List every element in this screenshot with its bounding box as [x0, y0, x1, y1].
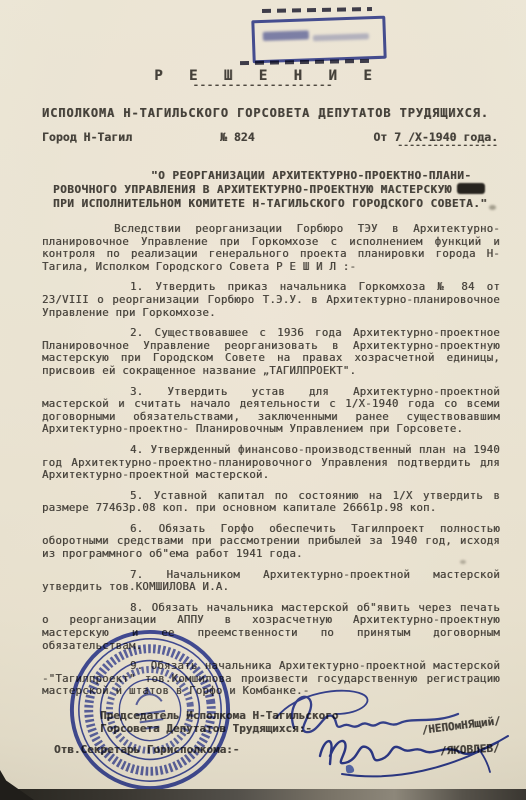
decree-item-4: 4. Утвержденный финансово-производственн… [42, 444, 500, 482]
decree-item-6: 6. Обязать Горфо обеспечить Тагилпроект … [42, 523, 500, 561]
preamble-paragraph: Вследствии реорганизации Горбюро ТЭУ в А… [42, 223, 500, 273]
stamp-ink-smudge [263, 30, 309, 41]
document-number: № 824 [220, 130, 360, 151]
scanned-document-page: Р Е Ш Е Н И Е -------------------- ИСПОЛ… [0, 0, 526, 800]
document-meta-row: Город Н-Тагил № 824 От 7 /Х-1940 года. -… [42, 130, 498, 151]
ink-dash-marks-top [262, 7, 372, 13]
decree-item-7: 7. Начальником Архитектурно-проектной ма… [42, 569, 500, 594]
round-official-seal [55, 615, 245, 800]
issuing-body-line: ИСПОЛКОМА Н-ТАГИЛЬСКОГО ГОРСОВЕТА ДЕПУТА… [42, 106, 526, 120]
subject-title: "О РЕОРГАНИЗАЦИИ АРХИТЕКТУРНО-ПРОЕКТНО-П… [53, 169, 506, 211]
decree-item-5: 5. Уставной капитал по состоянию на 1/Х … [42, 490, 500, 515]
stamp-ink-smudge [313, 33, 369, 41]
heading-underline: -------------------- [0, 80, 526, 91]
subject-title-line2: РОВОЧНОГО УПРАВЛЕНИЯ В АРХИТЕКТУРНО-ПРОЕ… [53, 183, 506, 197]
ink-blot [346, 765, 354, 774]
city-label: Город Н-Тагил [42, 130, 220, 151]
rectangular-registration-stamp [251, 16, 386, 64]
subject-title-line3: ПРИ ИСПОЛНИТЕЛЬНОМ КОМИТЕТЕ Н-ТАГИЛЬСКОГ… [53, 197, 506, 211]
paper-speck [489, 205, 496, 210]
decree-item-1: 1. Утвердить приказ начальника Горкомхоз… [42, 281, 500, 319]
paper-speck [460, 560, 466, 564]
decree-item-2: 2. Существовавшее с 1936 года Архитектур… [42, 327, 500, 377]
ink-smudge [457, 183, 485, 194]
decree-item-3: 3. Утвердить устав для Архитектурно-прое… [42, 386, 500, 436]
document-date: От 7 /Х-1940 года. ----------------- [360, 130, 498, 151]
ink-dash-marks-bottom [240, 59, 370, 65]
subject-title-line1: "О РЕОРГАНИЗАЦИИ АРХИТЕКТУРНО-ПРОЕКТНО-П… [53, 169, 506, 183]
bottom-scan-shadow [0, 789, 526, 800]
secretary-handwritten-signature [312, 726, 526, 784]
